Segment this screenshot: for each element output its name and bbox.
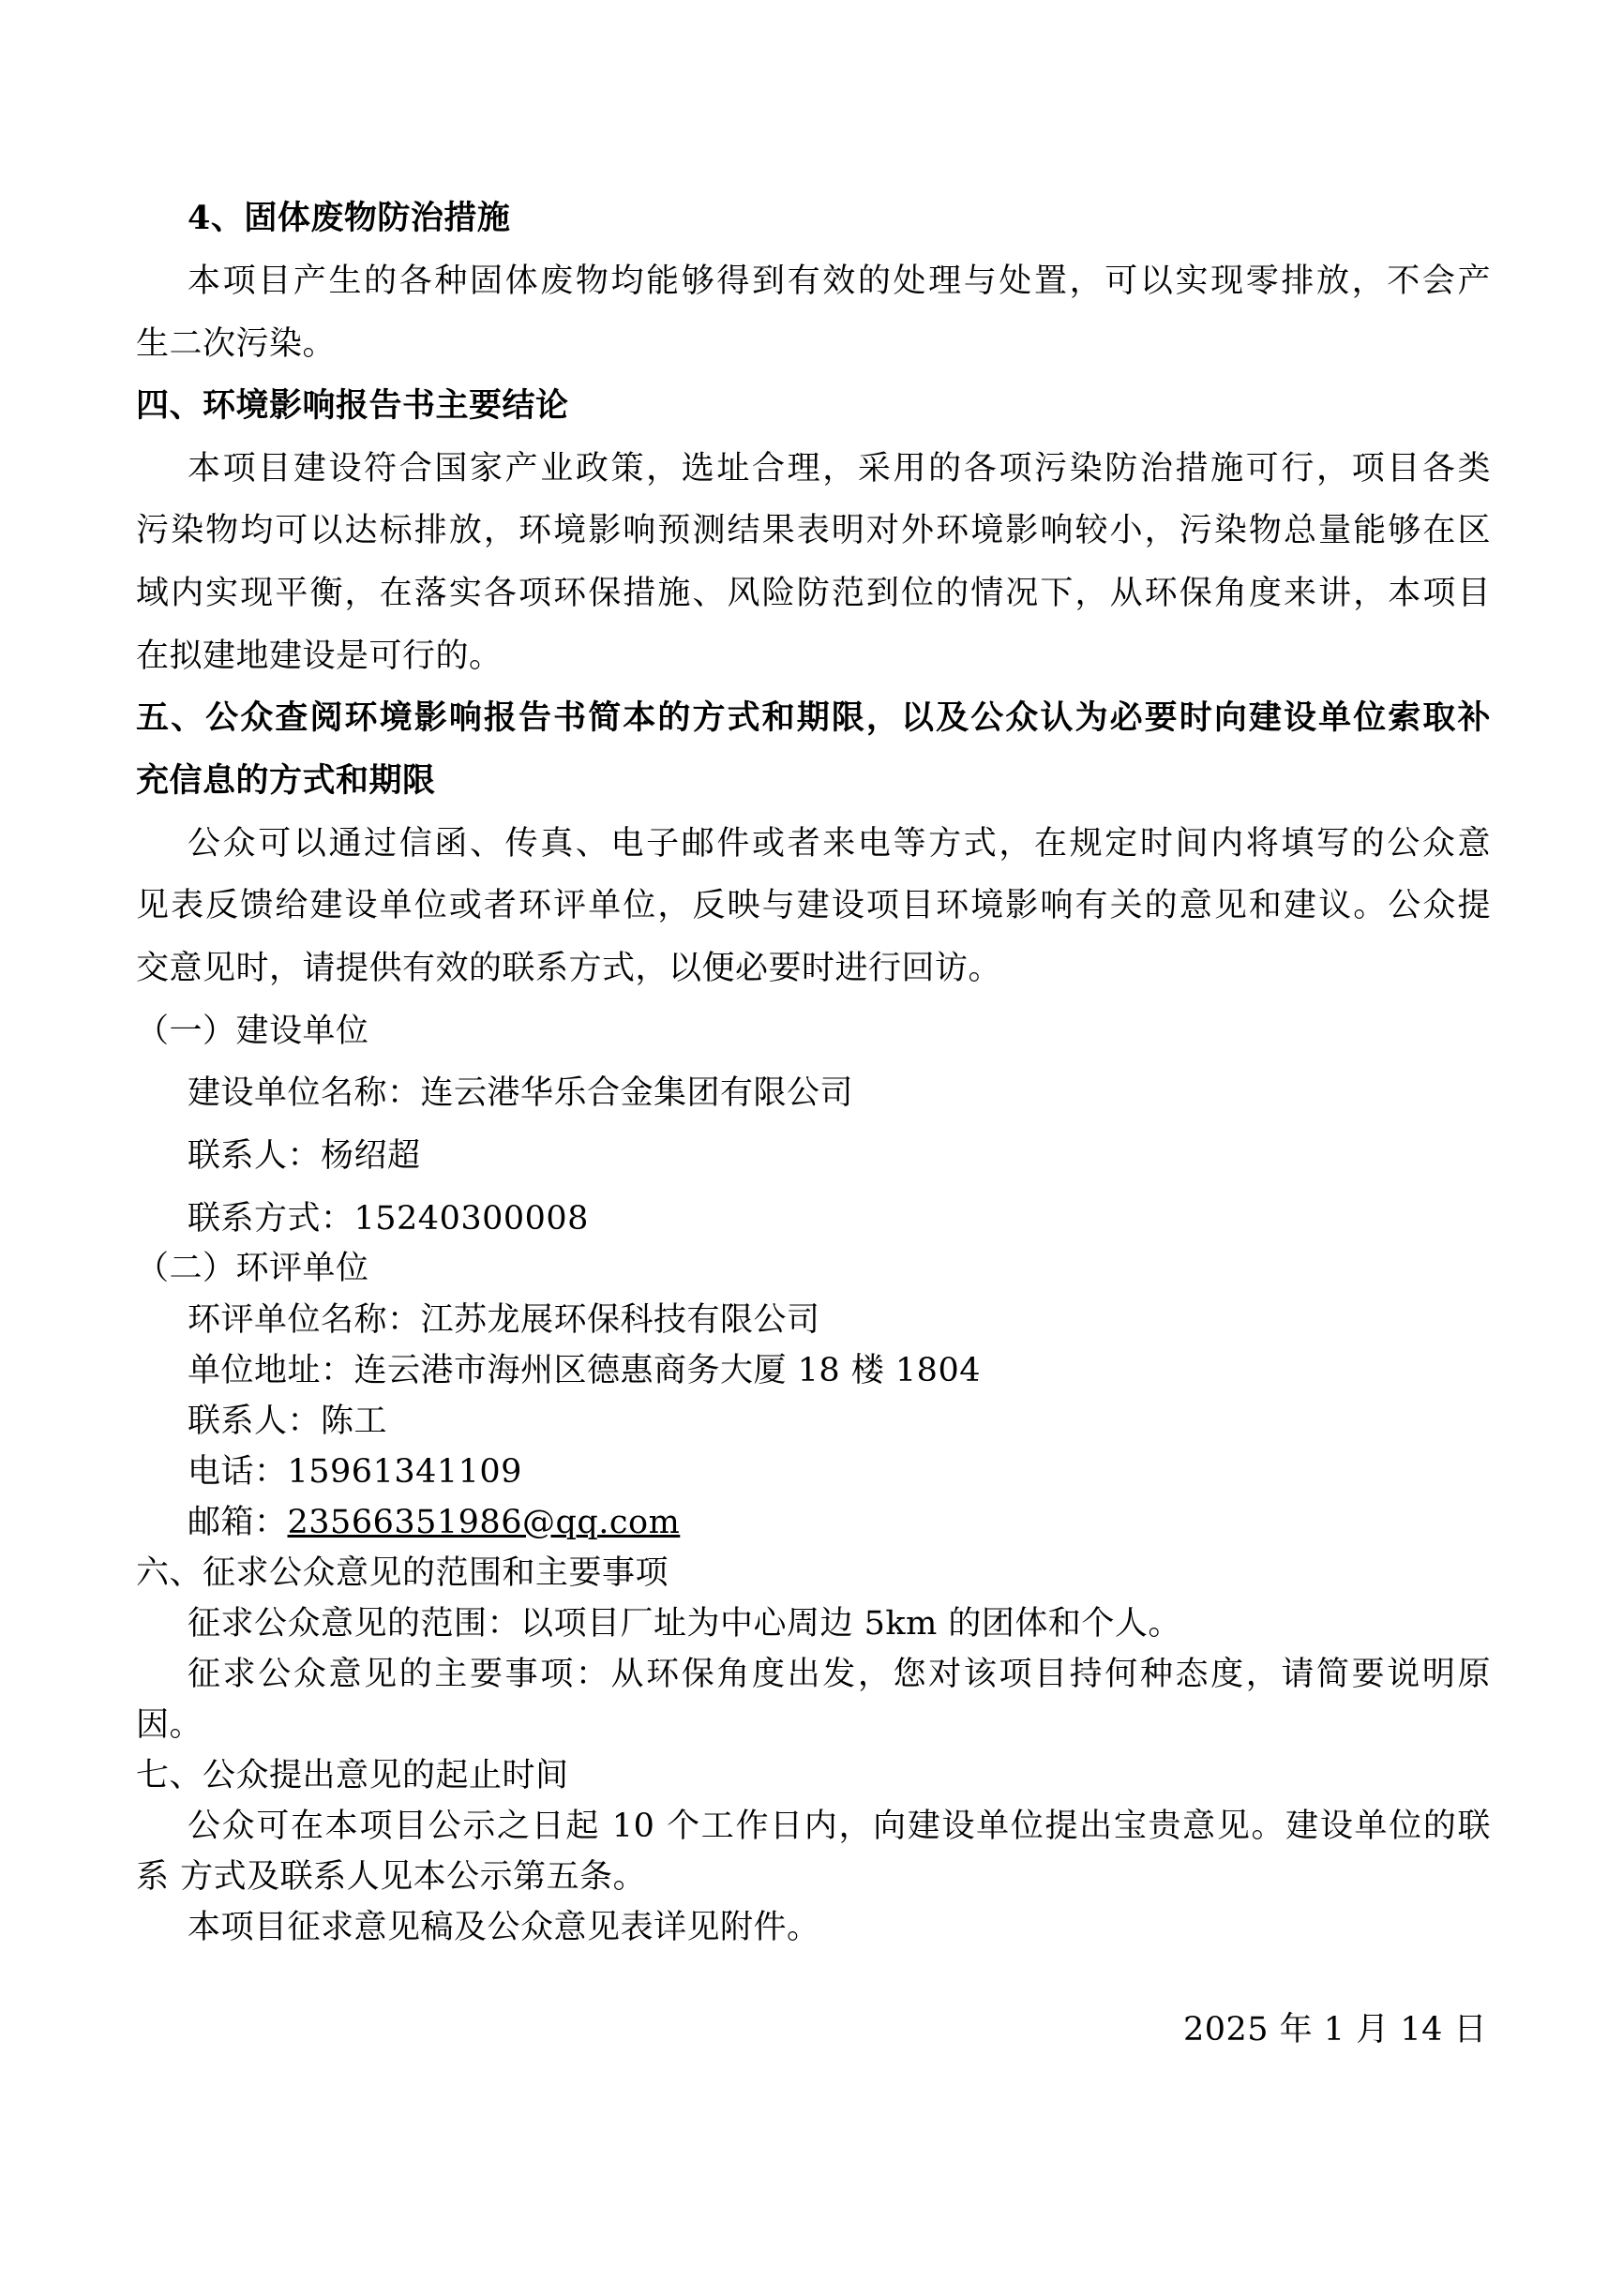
section-4-heading: 4、固体废物防治措施 [188,198,1491,239]
section-five-paragraph-line: 见表反馈给建设单位或者环评单位，反映与建设项目环境影响有关的意见和建议。公众提 [136,885,1491,926]
section-five-heading: 充信息的方式和期限 [136,760,1491,802]
section-four-paragraph-line: 污染物均可以达标排放，环境影响预测结果表明对外环境影响较小，污染物总量能够在区 [136,510,1491,551]
section-four-paragraph-line: 在拟建地建设是可行的。 [136,636,1491,677]
section-seven-heading: 七、公众提出意见的起止时间 [136,1755,1491,1796]
section-seven-attachment: 本项目征求意见稿及公众意见表详见附件。 [188,1907,1542,1948]
eia-phone: 电话：15961341109 [188,1451,1542,1493]
section-five-paragraph-line: 公众可以通过信函、传真、电子邮件或者来电等方式，在规定时间内将填写的公众意 [188,823,1491,864]
eia-heading: （二）环评单位 [136,1248,1491,1289]
section-six-matters-line: 因。 [136,1704,1491,1746]
builder-name: 建设单位名称：连云港华乐合金集团有限公司 [188,1073,1542,1114]
section-five-heading: 五、公众查阅环境影响报告书简本的方式和期限，以及公众认为必要时向建设单位索取补 [136,698,1491,739]
section-4-paragraph-line: 本项目产生的各种固体废物均能够得到有效的处理与处置，可以实现零排放，不会产 [188,261,1491,302]
document-date: 2025 年 1 月 14 日 [1183,2009,1487,2050]
builder-heading: （一）建设单位 [136,1011,1491,1052]
section-six-scope: 征求公众意见的范围：以项目厂址为中心周边 5km 的团体和个人。 [188,1603,1542,1644]
document-page: 4、固体废物防治措施 本项目产生的各种固体废物均能够得到有效的处理与处置，可以实… [0,0,1623,2296]
eia-email-row: 邮箱：23566351986@qq.com [188,1502,1542,1543]
section-four-heading: 四、环境影响报告书主要结论 [136,385,1491,427]
eia-email-link[interactable]: 23566351986@qq.com [288,1504,681,1541]
section-four-paragraph-line: 域内实现平衡，在落实各项环保措施、风险防范到位的情况下，从环保角度来讲，本项目 [136,573,1491,614]
section-seven-paragraph-line: 系 方式及联系人见本公示第五条。 [136,1856,1491,1898]
section-six-matters-line: 征求公众意见的主要事项：从环保角度出发，您对该项目持何种态度，请简要说明原 [188,1654,1491,1695]
section-4-paragraph-line: 生二次污染。 [136,323,1491,365]
section-five-paragraph-line: 交意见时，请提供有效的联系方式，以便必要时进行回访。 [136,948,1491,989]
section-six-heading: 六、征求公众意见的范围和主要事项 [136,1553,1491,1594]
eia-address: 单位地址：连云港市海州区德惠商务大厦 18 楼 1804 [188,1350,1542,1391]
eia-name: 环评单位名称：江苏龙展环保科技有限公司 [188,1299,1542,1341]
builder-phone: 联系方式：15240300008 [188,1198,1542,1239]
builder-contact: 联系人：杨绍超 [188,1135,1542,1177]
eia-contact: 联系人：陈工 [188,1401,1542,1442]
section-seven-paragraph-line: 公众可在本项目公示之日起 10 个工作日内，向建设单位提出宝贵意见。建设单位的联 [188,1806,1491,1847]
eia-email-label: 邮箱： [188,1504,288,1541]
section-four-paragraph-line: 本项目建设符合国家产业政策，选址合理，采用的各项污染防治措施可行，项目各类 [188,448,1491,489]
